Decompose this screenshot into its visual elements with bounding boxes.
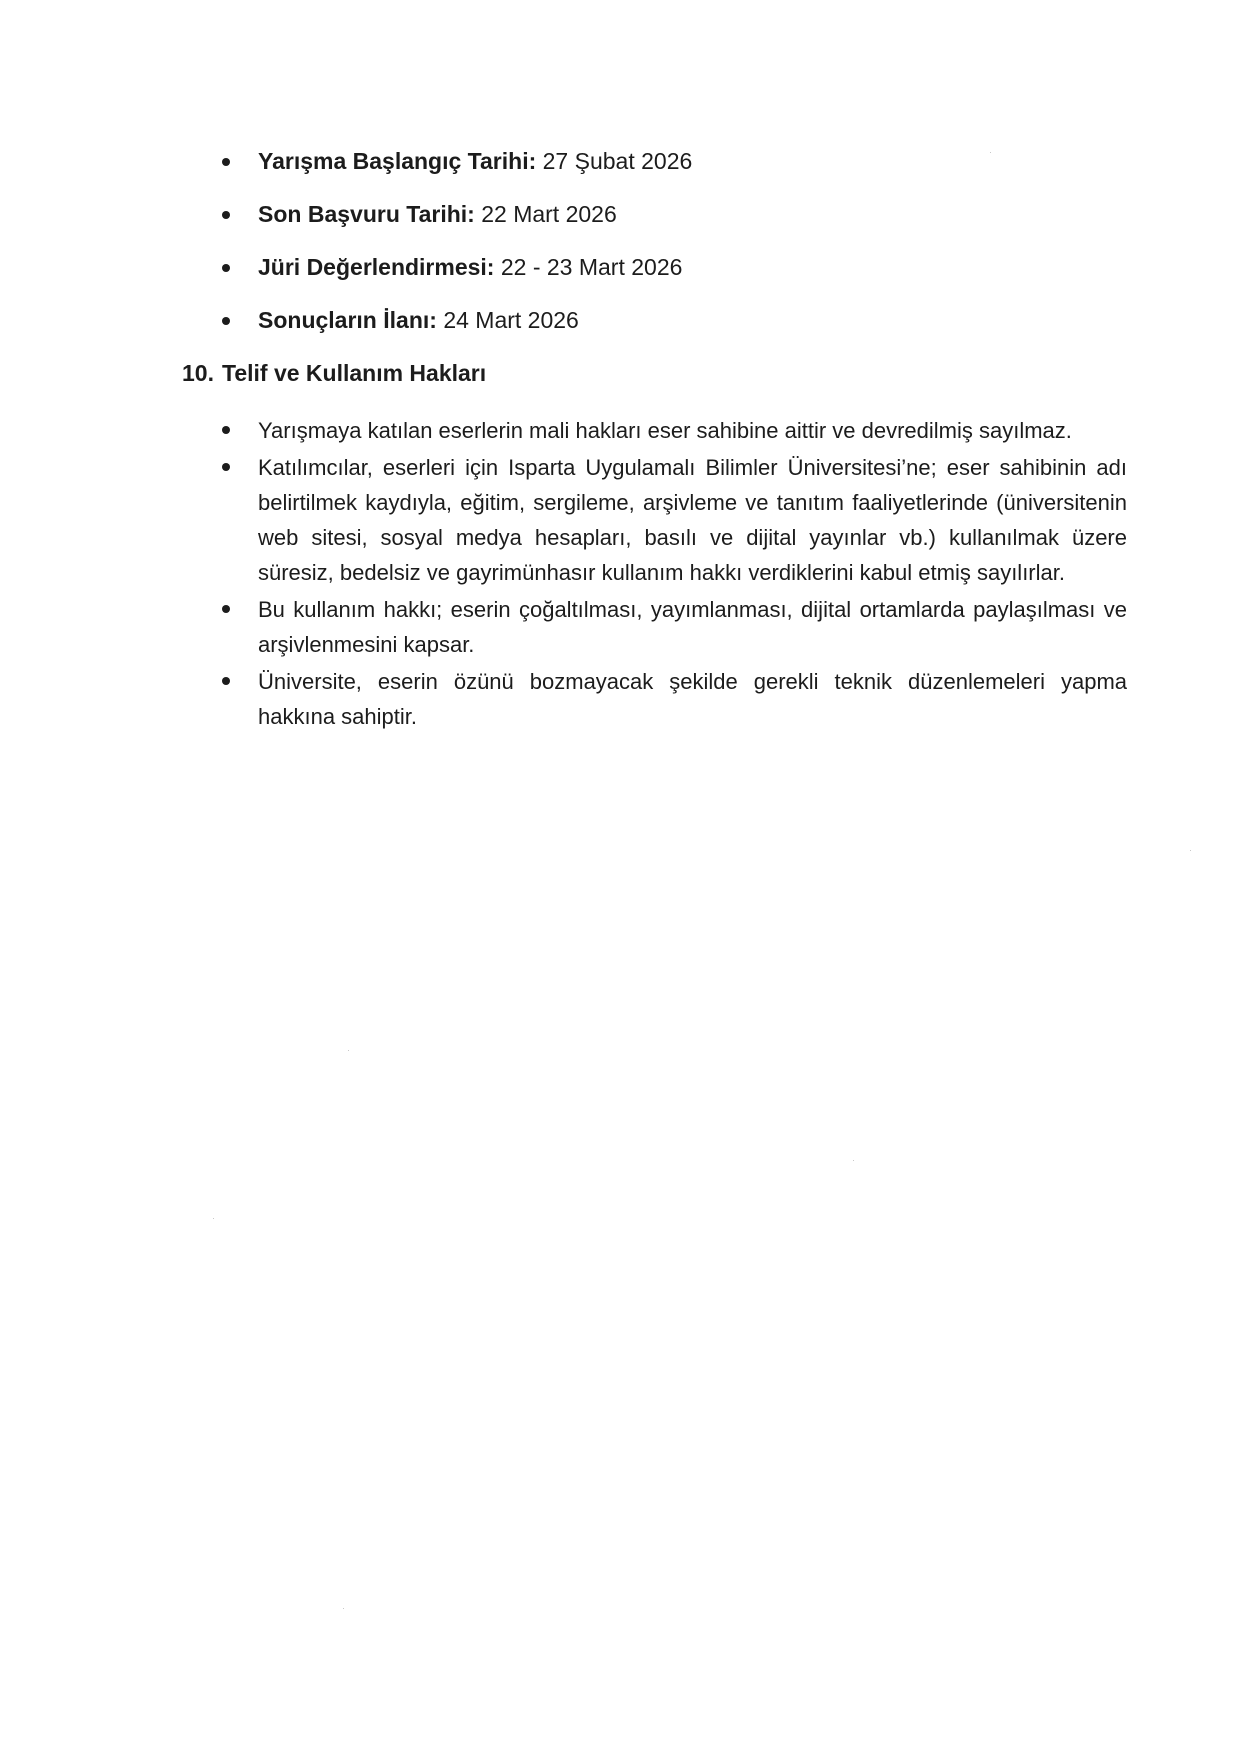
- schedule-label: Son Başvuru Tarihi:: [258, 201, 481, 227]
- schedule-label: Yarışma Başlangıç Tarihi:: [258, 148, 543, 174]
- schedule-value: 24 Mart 2026: [443, 307, 579, 333]
- rights-text: Yarışmaya katılan eserlerin mali hakları…: [258, 418, 1072, 443]
- schedule-list: Yarışma Başlangıç Tarihi: 27 Şubat 2026 …: [222, 146, 1122, 358]
- scan-speck: [990, 152, 991, 153]
- scan-speck: [348, 1050, 349, 1051]
- bullet-icon: [222, 463, 230, 471]
- schedule-label: Jüri Değerlendirmesi:: [258, 254, 501, 280]
- document-page: Yarışma Başlangıç Tarihi: 27 Şubat 2026 …: [0, 0, 1240, 1754]
- rights-item: Katılımcılar, eserleri için Isparta Uygu…: [222, 450, 1127, 590]
- schedule-value: 27 Şubat 2026: [543, 148, 693, 174]
- schedule-value: 22 Mart 2026: [481, 201, 617, 227]
- section-number: 10.: [182, 360, 214, 386]
- scan-speck: [343, 1608, 344, 1609]
- schedule-value: 22 - 23 Mart 2026: [501, 254, 683, 280]
- bullet-icon: [222, 426, 230, 434]
- bullet-icon: [222, 211, 230, 219]
- scan-speck: [213, 1218, 214, 1219]
- rights-item: Yarışmaya katılan eserlerin mali hakları…: [222, 413, 1127, 448]
- section-title: Telif ve Kullanım Hakları: [222, 360, 486, 386]
- rights-text: Bu kullanım hakkı; eserin çoğaltılması, …: [258, 597, 1127, 657]
- rights-text: Katılımcılar, eserleri için Isparta Uygu…: [258, 455, 1127, 585]
- rights-list: Yarışmaya katılan eserlerin mali hakları…: [222, 413, 1127, 734]
- schedule-item-start: Yarışma Başlangıç Tarihi: 27 Şubat 2026: [222, 146, 1122, 176]
- bullet-icon: [222, 264, 230, 272]
- schedule-item-jury: Jüri Değerlendirmesi: 22 - 23 Mart 2026: [222, 252, 1122, 282]
- schedule-label: Sonuçların İlanı:: [258, 307, 443, 333]
- rights-item: Bu kullanım hakkı; eserin çoğaltılması, …: [222, 592, 1127, 662]
- schedule-item-results: Sonuçların İlanı: 24 Mart 2026: [222, 305, 1122, 335]
- bullet-icon: [222, 317, 230, 325]
- bullet-icon: [222, 605, 230, 613]
- rights-item: Üniversite, eserin özünü bozmayacak şeki…: [222, 664, 1127, 734]
- bullet-icon: [222, 158, 230, 166]
- scan-speck: [853, 1160, 854, 1161]
- section-heading: 10.Telif ve Kullanım Hakları: [182, 358, 486, 388]
- rights-text: Üniversite, eserin özünü bozmayacak şeki…: [258, 669, 1127, 729]
- bullet-icon: [222, 677, 230, 685]
- scan-speck: [1190, 850, 1191, 851]
- schedule-item-deadline: Son Başvuru Tarihi: 22 Mart 2026: [222, 199, 1122, 229]
